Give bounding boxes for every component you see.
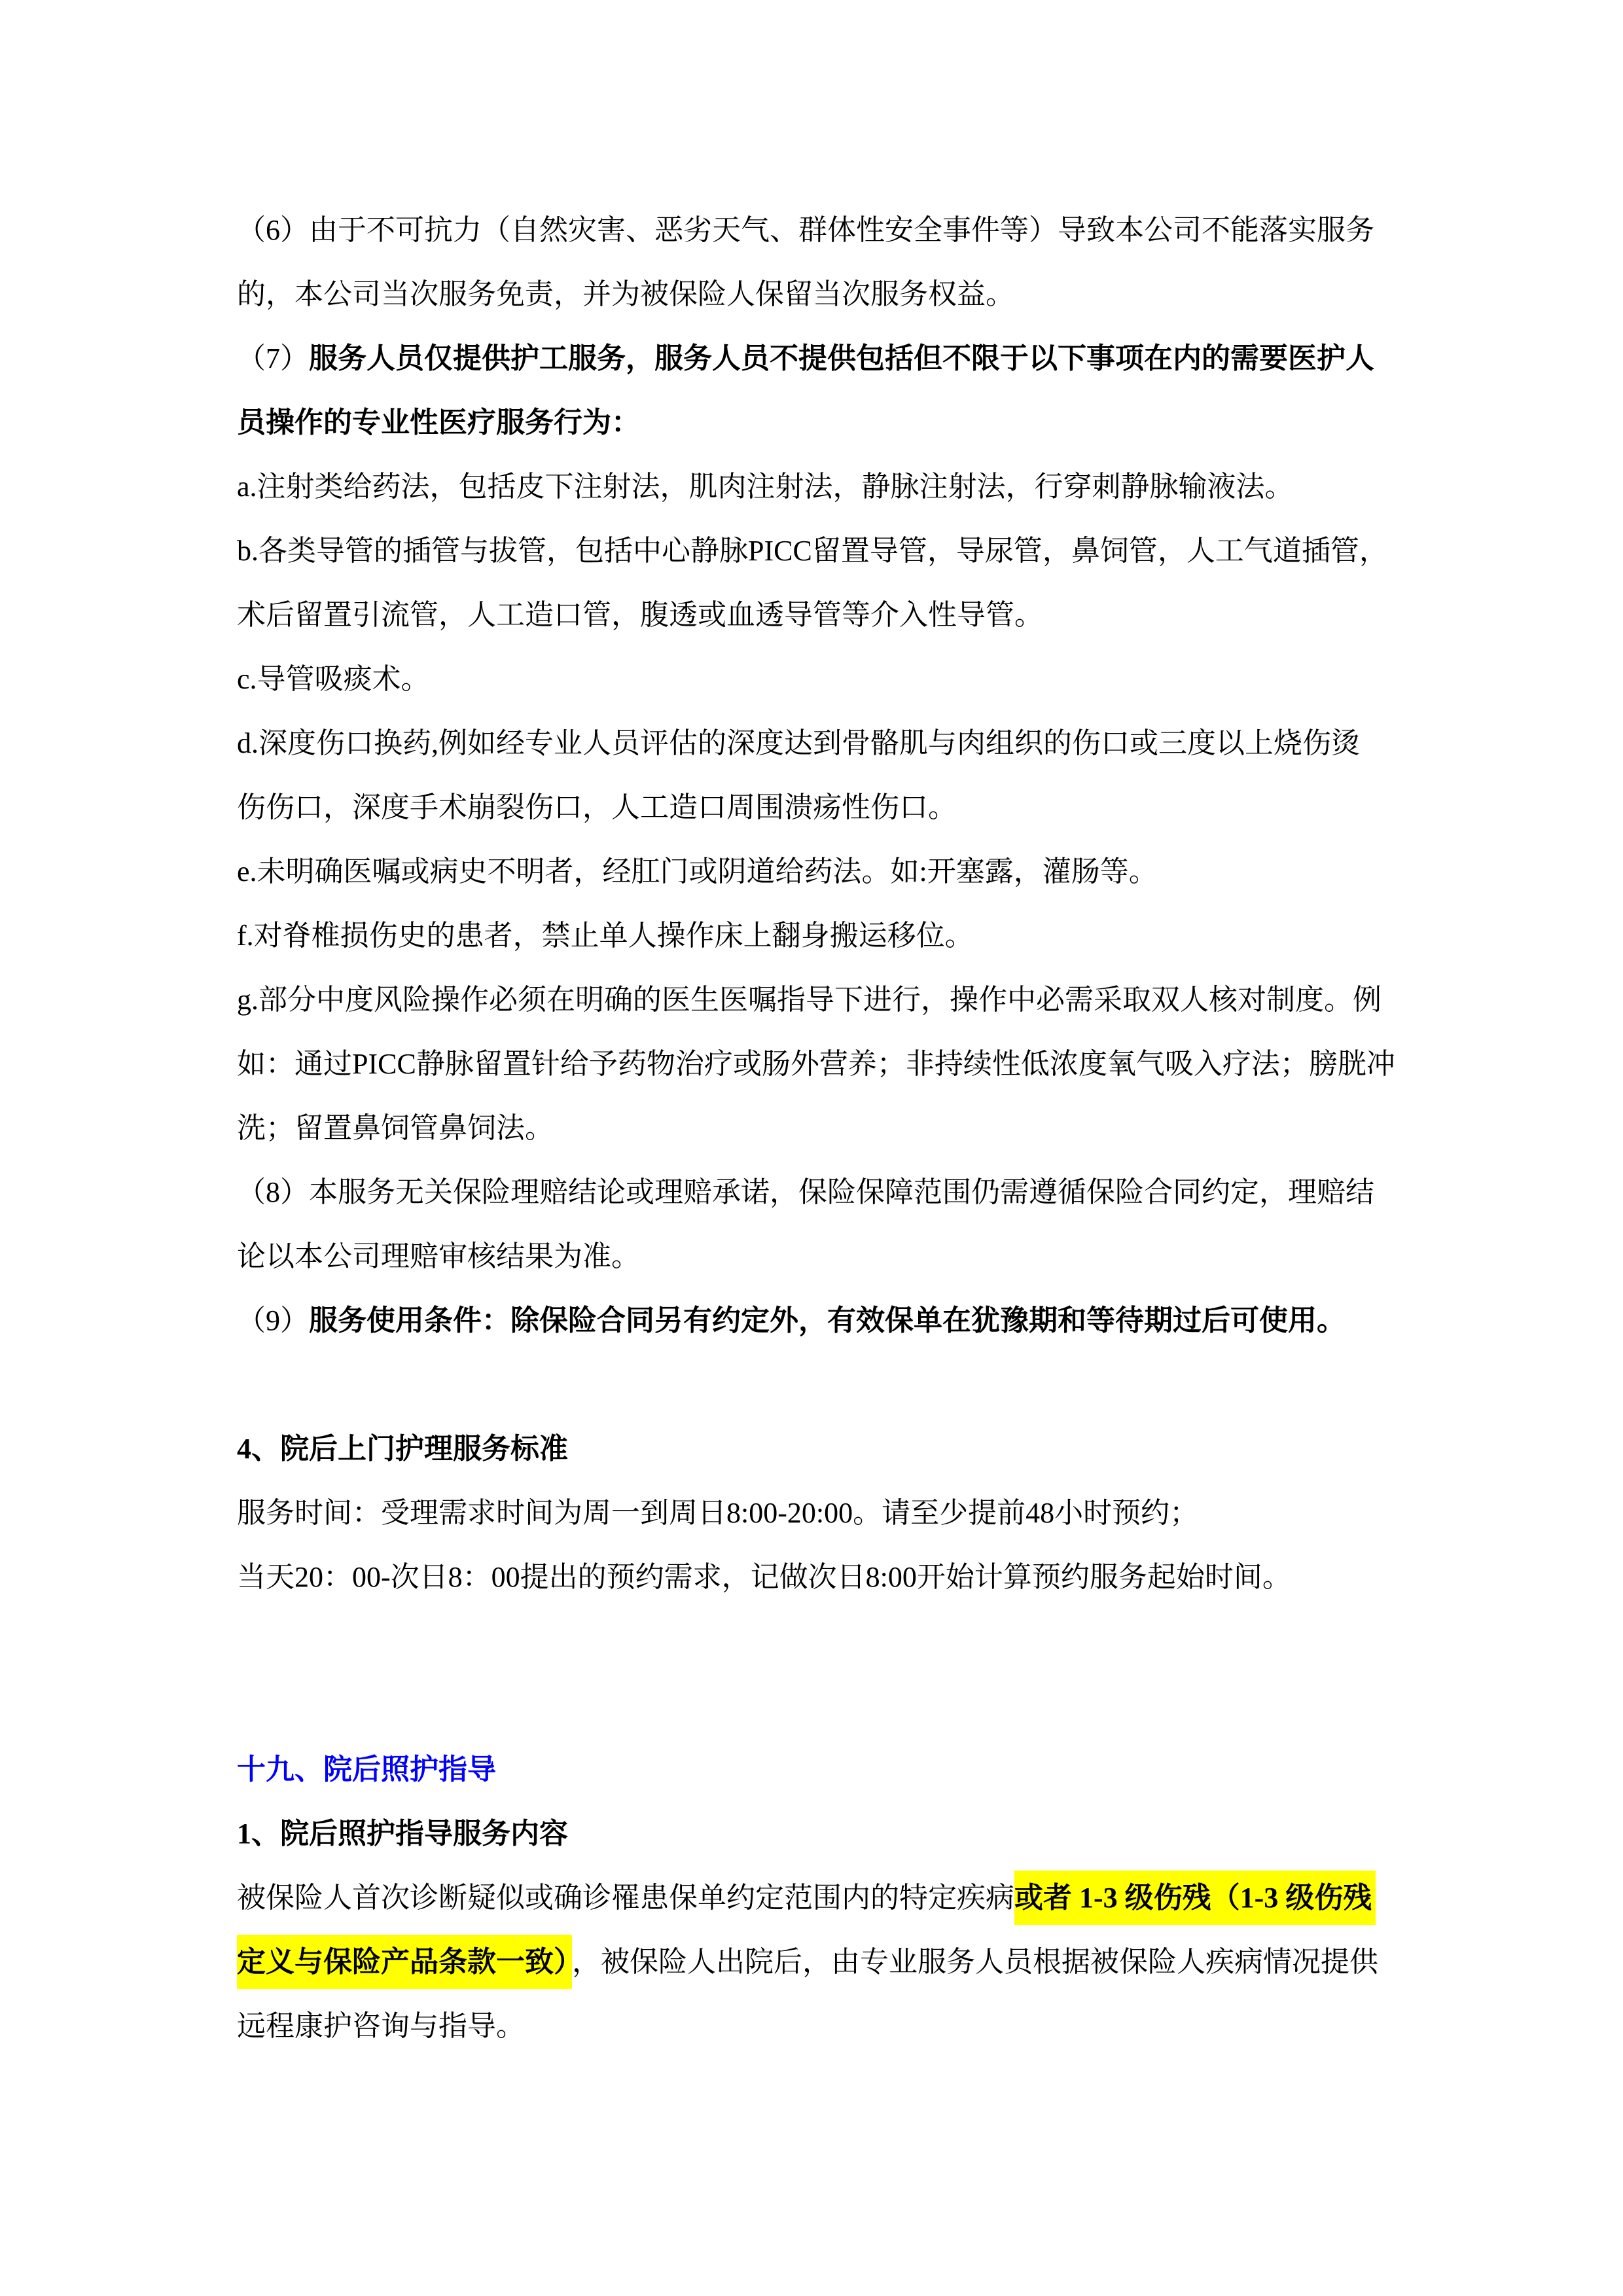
paragraph-line: g.部分中度风险操作必须在明确的医生医嘱指导下进行，操作中必需采取双人核对制度。… [237, 968, 1394, 1032]
paragraph-line: （9）服务使用条件：除保险合同另有约定外，有效保单在犹豫期和等待期过后可使用。 [237, 1289, 1394, 1353]
text-segment: 论以本公司理赔审核结果为准。 [237, 1240, 640, 1272]
paragraph-line: 术后留置引流管，人工造口管，腹透或血透导管等介入性导管。 [237, 583, 1394, 647]
subsection-heading: 1、院后照护指导服务内容 [237, 1802, 1394, 1866]
text-segment: 服务时间：受理需求时间为周一到周日8:00-20:00。请至少提前48小时预约； [237, 1497, 1198, 1529]
text-segment: 当天20：00-次日8：00提出的预约需求，记做次日8:00开始计算预约服务起始… [237, 1561, 1291, 1593]
text-segment: 远程康护咨询与指导。 [237, 2010, 525, 2042]
blank-line [237, 1674, 1394, 1738]
paragraph-line: 的，本公司当次服务免责，并为被保险人保留当次服务权益。 [237, 262, 1394, 327]
text-segment: b.各类导管的插管与拔管，包括中心静脉PICC留置导管，导尿管，鼻饲管，人工气道… [237, 535, 1388, 567]
text-segment: c.导管吸痰术。 [237, 663, 430, 695]
paragraph-line: 服务时间：受理需求时间为周一到周日8:00-20:00。请至少提前48小时预约； [237, 1481, 1394, 1545]
text-segment: 4、院后上门护理服务标准 [237, 1433, 568, 1465]
section-heading: 十九、院后照护指导 [237, 1738, 1394, 1802]
text-segment: 伤伤口，深度手术崩裂伤口，人工造口周围溃疡性伤口。 [237, 791, 957, 823]
paragraph-line: （8）本服务无关保险理赔结论或理赔承诺，保险保障范围仍需遵循保险合同约定，理赔结 [237, 1160, 1394, 1225]
text-segment: 员操作的专业性医疗服务行为： [237, 406, 640, 439]
paragraph-line: c.导管吸痰术。 [237, 647, 1394, 711]
paragraph-line: 被保险人首次诊断疑似或确诊罹患保单约定范围内的特定疾病或者 1-3 级伤残（1-… [237, 1866, 1394, 1930]
blank-line [237, 1609, 1394, 1674]
paragraph-line: 定义与保险产品条款一致），被保险人出院后，由专业服务人员根据被保险人疾病情况提供 [237, 1930, 1394, 1994]
text-segment: 服务人员仅提供护工服务，服务人员不提供包括但不限于以下事项在内的需要医护人 [309, 342, 1374, 374]
paragraph-line: d.深度伤口换药,例如经专业人员评估的深度达到骨骼肌与肉组织的伤口或三度以上烧伤… [237, 711, 1394, 776]
text-segment: 如：通过PICC静脉留置针给予药物治疗或肠外营养；非持续性低浓度氧气吸入疗法；膀… [237, 1048, 1395, 1080]
paragraph-line: 员操作的专业性医疗服务行为： [237, 391, 1394, 455]
blank-line [237, 1353, 1394, 1417]
paragraph-line: 远程康护咨询与指导。 [237, 1994, 1394, 2058]
paragraph-line: （7）服务人员仅提供护工服务，服务人员不提供包括但不限于以下事项在内的需要医护人 [237, 327, 1394, 391]
paragraph-line: 伤伤口，深度手术崩裂伤口，人工造口周围溃疡性伤口。 [237, 776, 1394, 840]
text-segment: a.注射类给药法，包括皮下注射法，肌肉注射法，静脉注射法，行穿刺静脉输液法。 [237, 471, 1294, 503]
document-page: （6）由于不可抗力（自然灾害、恶劣天气、群体性安全事件等）导致本公司不能落实服务… [0, 0, 1623, 2296]
text-segment: 的，本公司当次服务免责，并为被保险人保留当次服务权益。 [237, 278, 1014, 310]
text-segment: 服务使用条件：除保险合同另有约定外，有效保单在犹豫期和等待期过后可使用。 [309, 1304, 1346, 1336]
text-segment: ，被保险人出院后，由专业服务人员根据被保险人疾病情况提供 [572, 1946, 1378, 1978]
text-segment: d.深度伤口换药,例如经专业人员评估的深度达到骨骼肌与肉组织的伤口或三度以上烧伤… [237, 727, 1360, 759]
text-segment: 术后留置引流管，人工造口管，腹透或血透导管等介入性导管。 [237, 599, 1043, 631]
text-segment: g.部分中度风险操作必须在明确的医生医嘱指导下进行，操作中必需采取双人核对制度。… [237, 984, 1382, 1016]
paragraph-line: （6）由于不可抗力（自然灾害、恶劣天气、群体性安全事件等）导致本公司不能落实服务 [237, 198, 1394, 262]
paragraph-line: b.各类导管的插管与拔管，包括中心静脉PICC留置导管，导尿管，鼻饲管，人工气道… [237, 519, 1394, 583]
highlighted-text: 或者 1-3 级伤残（1-3 级伤残 [1014, 1871, 1376, 1925]
paragraph-line: 如：通过PICC静脉留置针给予药物治疗或肠外营养；非持续性低浓度氧气吸入疗法；膀… [237, 1032, 1394, 1096]
paragraph-line: e.未明确医嘱或病史不明者，经肛门或阴道给药法。如:开塞露，灌肠等。 [237, 840, 1394, 904]
paragraph-line: 当天20：00-次日8：00提出的预约需求，记做次日8:00开始计算预约服务起始… [237, 1545, 1394, 1609]
text-segment: （6）由于不可抗力（自然灾害、恶劣天气、群体性安全事件等）导致本公司不能落实服务 [237, 214, 1374, 246]
paragraph-line: 洗；留置鼻饲管鼻饲法。 [237, 1096, 1394, 1160]
text-segment: 十九、院后照护指导 [237, 1753, 496, 1785]
text-segment: （8）本服务无关保险理赔结论或理赔承诺，保险保障范围仍需遵循保险合同约定，理赔结 [237, 1176, 1374, 1208]
highlighted-text: 定义与保险产品条款一致） [237, 1935, 572, 1989]
paragraph-line: f.对脊椎损伤史的患者，禁止单人操作床上翻身搬运移位。 [237, 904, 1394, 968]
subsection-heading: 4、院后上门护理服务标准 [237, 1417, 1394, 1481]
text-segment: （7） [237, 342, 309, 374]
paragraph-line: a.注射类给药法，包括皮下注射法，肌肉注射法，静脉注射法，行穿刺静脉输液法。 [237, 455, 1394, 519]
text-segment: e.未明确医嘱或病史不明者，经肛门或阴道给药法。如:开塞露，灌肠等。 [237, 855, 1158, 888]
text-segment: f.对脊椎损伤史的患者，禁止单人操作床上翻身搬运移位。 [237, 920, 974, 952]
paragraph-line: 论以本公司理赔审核结果为准。 [237, 1225, 1394, 1289]
text-segment: 1、院后照护指导服务内容 [237, 1818, 568, 1850]
text-segment: 被保险人首次诊断疑似或确诊罹患保单约定范围内的特定疾病 [237, 1882, 1014, 1914]
text-segment: 洗；留置鼻饲管鼻饲法。 [237, 1112, 554, 1144]
text-segment: （9） [237, 1304, 309, 1336]
